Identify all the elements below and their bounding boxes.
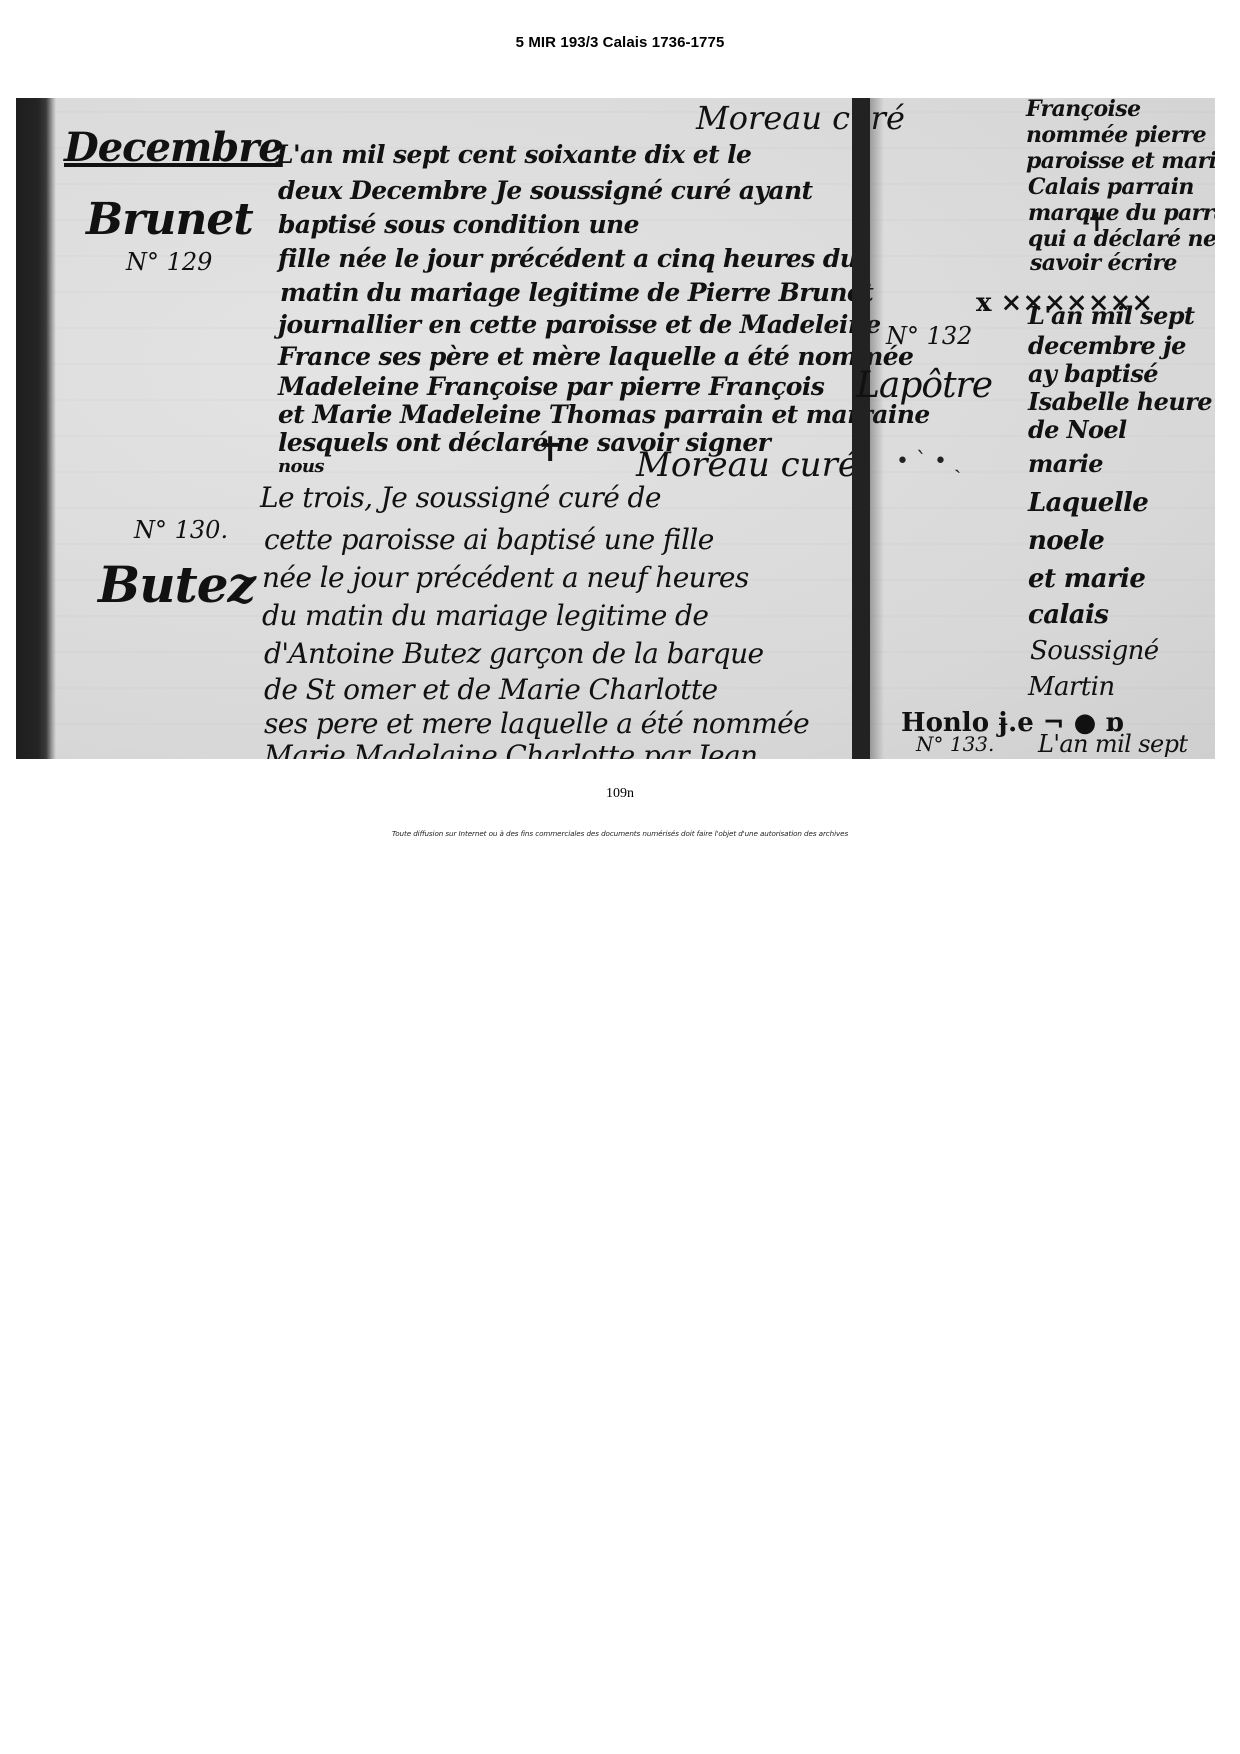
entry-132-line: marie: [1028, 452, 1103, 476]
entry-130-line: d'Antoine Butez garçon de la barque: [264, 640, 763, 668]
margin-surname-butez: Butez: [98, 560, 255, 610]
right-page-line: paroisse et marie: [1026, 150, 1215, 172]
entry-132-line: noele: [1028, 528, 1104, 554]
entry-130-line: Marie Madelaine Charlotte par Jean: [264, 742, 758, 759]
parrain-cross-mark: ✝: [1086, 208, 1108, 238]
entry-132-line: et marie: [1028, 566, 1145, 592]
entry-129-line: fille née le jour précédent a cinq heure…: [278, 246, 857, 271]
entry-number-133: N° 133.: [916, 734, 994, 754]
entry-130-line: Le trois, Je soussigné curé de: [260, 484, 661, 512]
entry-132-line: de Noel: [1028, 418, 1127, 442]
dots-marks: • ˋ • ˎ: [896, 448, 961, 474]
entry-129-line: L'an mil sept cent soixante dix et le: [276, 142, 751, 167]
entry-129-line: et Marie Madeleine Thomas parrain et mar…: [278, 402, 930, 427]
entry-129-line: France ses père et mère laquelle a été n…: [278, 344, 913, 369]
entry-130-line: de St omer et de Marie Charlotte: [264, 676, 718, 704]
entry-132-line: L'an mil sept: [1028, 304, 1194, 328]
entry-132-line: decembre je: [1028, 334, 1186, 358]
entry-132-line: Laquelle: [1028, 490, 1148, 516]
entry-129-line: deux Decembre Je soussigné curé ayant: [278, 178, 813, 203]
entry-130-line: née le jour précédent a neuf heures: [262, 564, 749, 592]
entry-129-line: baptisé sous condition une: [278, 212, 639, 237]
right-page-line: savoir écrire: [1030, 252, 1177, 274]
entry-number-130: N° 130.: [134, 518, 228, 542]
entry-132-line: ay baptisé: [1028, 362, 1158, 386]
document-title: 5 MIR 193/3 Calais 1736-1775: [0, 34, 1240, 51]
signature-cross-mark: ✝: [536, 430, 565, 470]
entry-129-line: journallier en cette paroisse et de Made…: [278, 312, 881, 337]
copyright-notice: Toute diffusion sur Internet ou à des fi…: [0, 829, 1240, 838]
entry-132-line: Soussigné: [1030, 638, 1159, 664]
right-page-line: Françoise: [1026, 98, 1140, 120]
right-page-line: nommée pierre: [1026, 124, 1206, 146]
entry-129-line: Madeleine Françoise par pierre François: [278, 374, 824, 399]
entry-133-line: L'an mil sept: [1038, 732, 1187, 756]
entry-132-line: Martin: [1028, 674, 1114, 700]
entry-129-line: nous: [278, 458, 324, 476]
closing-signature: Moreau curé: [636, 448, 858, 482]
entry-130-line: ses pere et mere laquelle a été nommée: [264, 710, 809, 738]
entry-130-line: du matin du mariage legitime de: [262, 602, 708, 630]
right-page-line: marque du parrain: [1028, 202, 1215, 224]
margin-surname-brunet: Brunet: [86, 198, 253, 242]
page-edge-shadow: [16, 98, 56, 759]
entry-number-129: N° 129: [126, 250, 212, 274]
entry-number-132: N° 132: [886, 324, 972, 348]
entry-130-line: cette paroisse ai baptisé une fille: [264, 526, 714, 554]
gutter-shadow: [870, 98, 884, 759]
manuscript-scan: Moreau curé Decembre Brunet N° 129 L'an …: [16, 98, 1215, 759]
month-heading: Decembre: [64, 128, 283, 168]
page-binding-gutter: [852, 98, 870, 759]
page-number: 109n: [0, 786, 1240, 802]
entry-129-line: matin du mariage legitime de Pierre Brun…: [280, 280, 873, 305]
entry-132-line: Isabelle heure: [1028, 390, 1212, 414]
right-page-line: qui a déclaré ne: [1028, 228, 1215, 250]
right-page-line: Calais parrain: [1028, 176, 1194, 198]
entry-132-line: calais: [1028, 602, 1108, 628]
margin-surname-lapotre: Lapôtre: [856, 368, 992, 404]
